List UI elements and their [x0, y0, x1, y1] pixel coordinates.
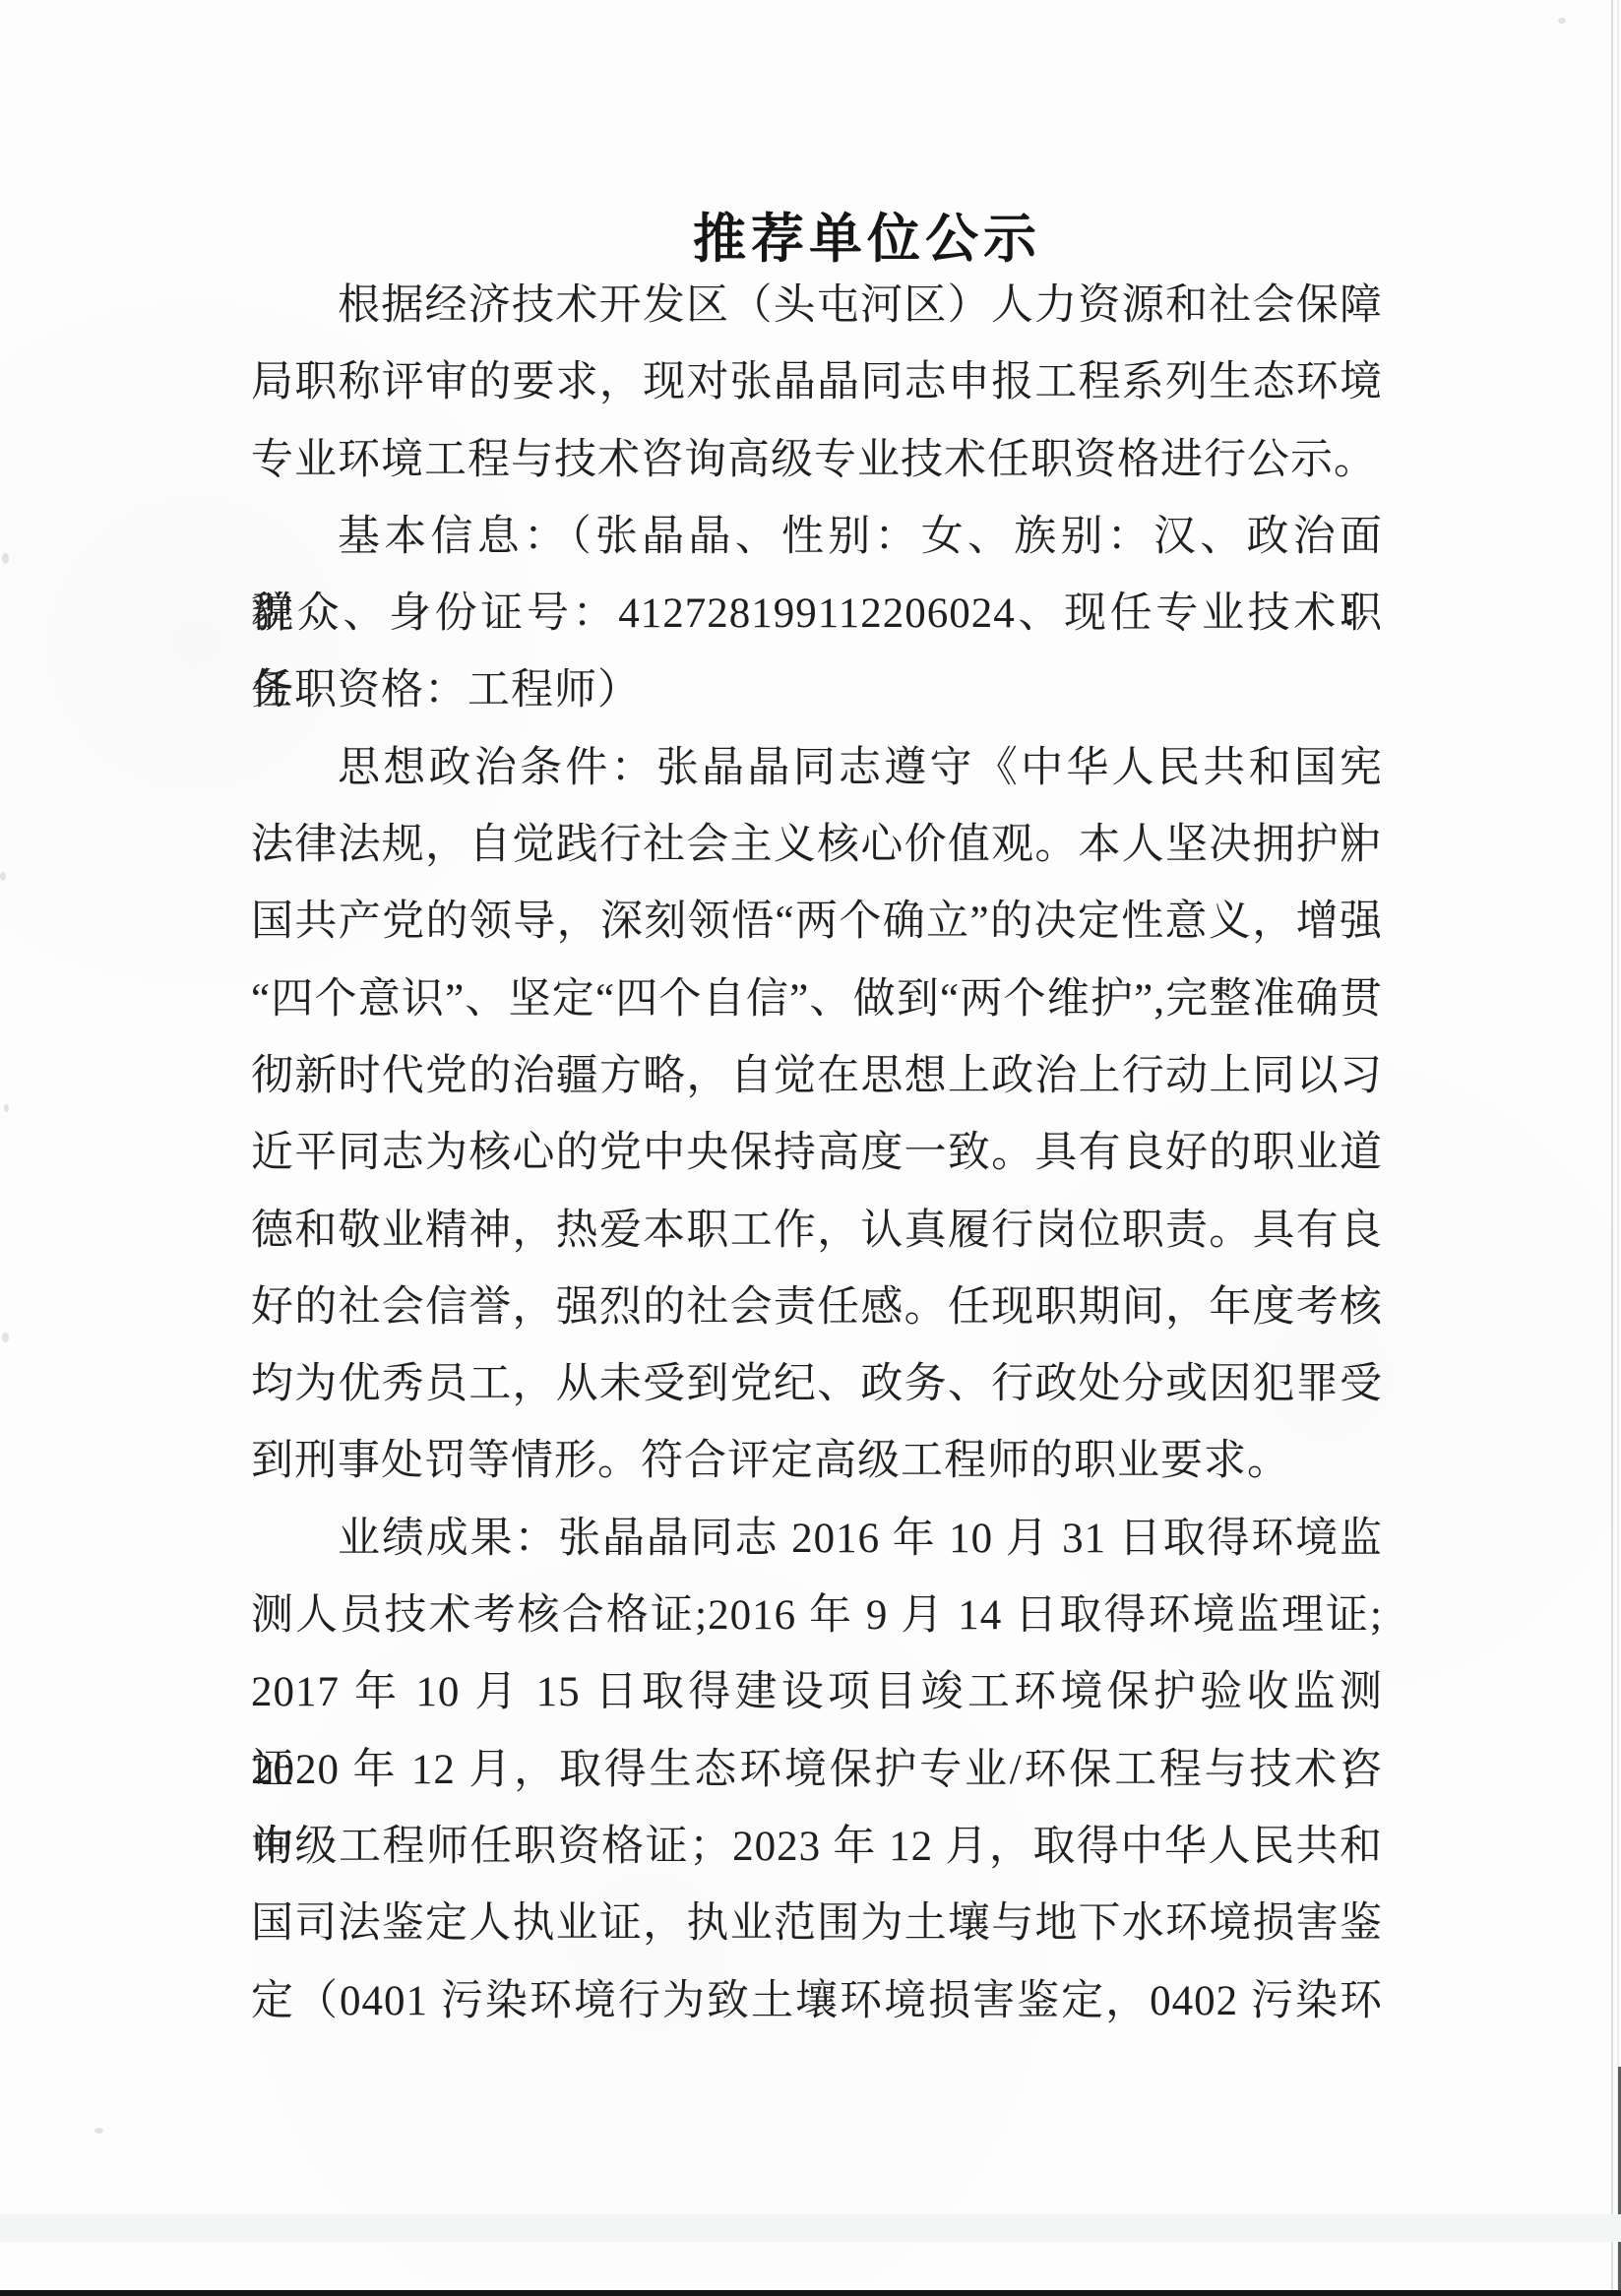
text-line: 德和敬业精神，热爱本职工作，认真履行岗位职责。具有良	[251, 1193, 1383, 1270]
scan-pale-band	[0, 2214, 1621, 2242]
text-line: 任职资格：工程师）	[251, 652, 1383, 729]
text-line: “四个意识”、坚定“四个自信”、做到“两个维护”,完整准确贯	[251, 962, 1383, 1038]
scan-speck	[2, 553, 9, 564]
scan-speck	[94, 2128, 103, 2134]
document-title: 推荐单位公示	[300, 197, 1434, 273]
text-line: 测人员技术考核合格证;2016 年 9 月 14 日取得环境监理证;	[251, 1578, 1383, 1654]
text-line: 法律法规，自觉践行社会主义核心价值观。本人坚决拥护中	[251, 807, 1383, 884]
document-body: 根据经济技术开发区（头屯河区）人力资源和社会保障局职称评审的要求，现对张晶晶同志…	[251, 268, 1383, 2040]
text-line: 群众、身份证号：412728199112206024、现任专业技术职务	[251, 576, 1383, 652]
text-line: 国共产党的领导，深刻领悟“两个确立”的决定性意义，增强	[251, 884, 1383, 961]
text-line: 局职称评审的要求，现对张晶晶同志申报工程系列生态环境	[251, 344, 1383, 421]
scanned-page: 推荐单位公示 根据经济技术开发区（头屯河区）人力资源和社会保障局职称评审的要求，…	[0, 0, 1621, 2296]
text-line: 2017 年 10 月 15 日取得建设项目竣工环境保护验收监测证；	[251, 1654, 1383, 1731]
scan-bottom-edge	[0, 2290, 1621, 2296]
text-line: 均为优秀员工，从未受到党纪、政务、行政处分或因犯罪受	[251, 1346, 1383, 1423]
text-line: 专业环境工程与技术咨询高级专业技术任职资格进行公示。	[251, 422, 1383, 499]
text-line: 根据经济技术开发区（头屯河区）人力资源和社会保障	[251, 268, 1383, 344]
text-line: 近平同志为核心的党中央保持高度一致。具有良好的职业道	[251, 1115, 1383, 1192]
text-line: 中级工程师任职资格证；2023 年 12 月，取得中华人民共和	[251, 1809, 1383, 1886]
text-line: 彻新时代党的治疆方略，自觉在思想上政治上行动上同以习	[251, 1038, 1383, 1115]
text-line: 基本信息：（张晶晶、性别：女、族别：汉、政治面貌：	[251, 499, 1383, 576]
text-line: 思想政治条件：张晶晶同志遵守《中华人民共和国宪法》	[251, 730, 1383, 807]
scan-edge-line	[1611, 0, 1613, 2296]
text-line: 好的社会信誉，强烈的社会责任感。任现职期间，年度考核	[251, 1270, 1383, 1346]
text-line: 到刑事处罚等情形。符合评定高级工程师的职业要求。	[251, 1423, 1383, 1500]
text-line: 2020 年 12 月，取得生态环境保护专业/环保工程与技术咨询	[251, 1732, 1383, 1809]
scan-speck	[2, 1333, 9, 1342]
text-line: 定（0401 污染环境行为致土壤环境损害鉴定，0402 污染环	[251, 1963, 1383, 2040]
text-line: 国司法鉴定人执业证，执业范围为土壤与地下水环境损害鉴	[251, 1886, 1383, 1962]
scan-edge-line-faint	[1617, 0, 1619, 2296]
scan-speck	[0, 872, 6, 881]
scan-speck	[4, 1104, 9, 1112]
scan-speck	[1558, 18, 1566, 24]
text-line: 业绩成果：张晶晶同志 2016 年 10 月 31 日取得环境监	[251, 1501, 1383, 1578]
